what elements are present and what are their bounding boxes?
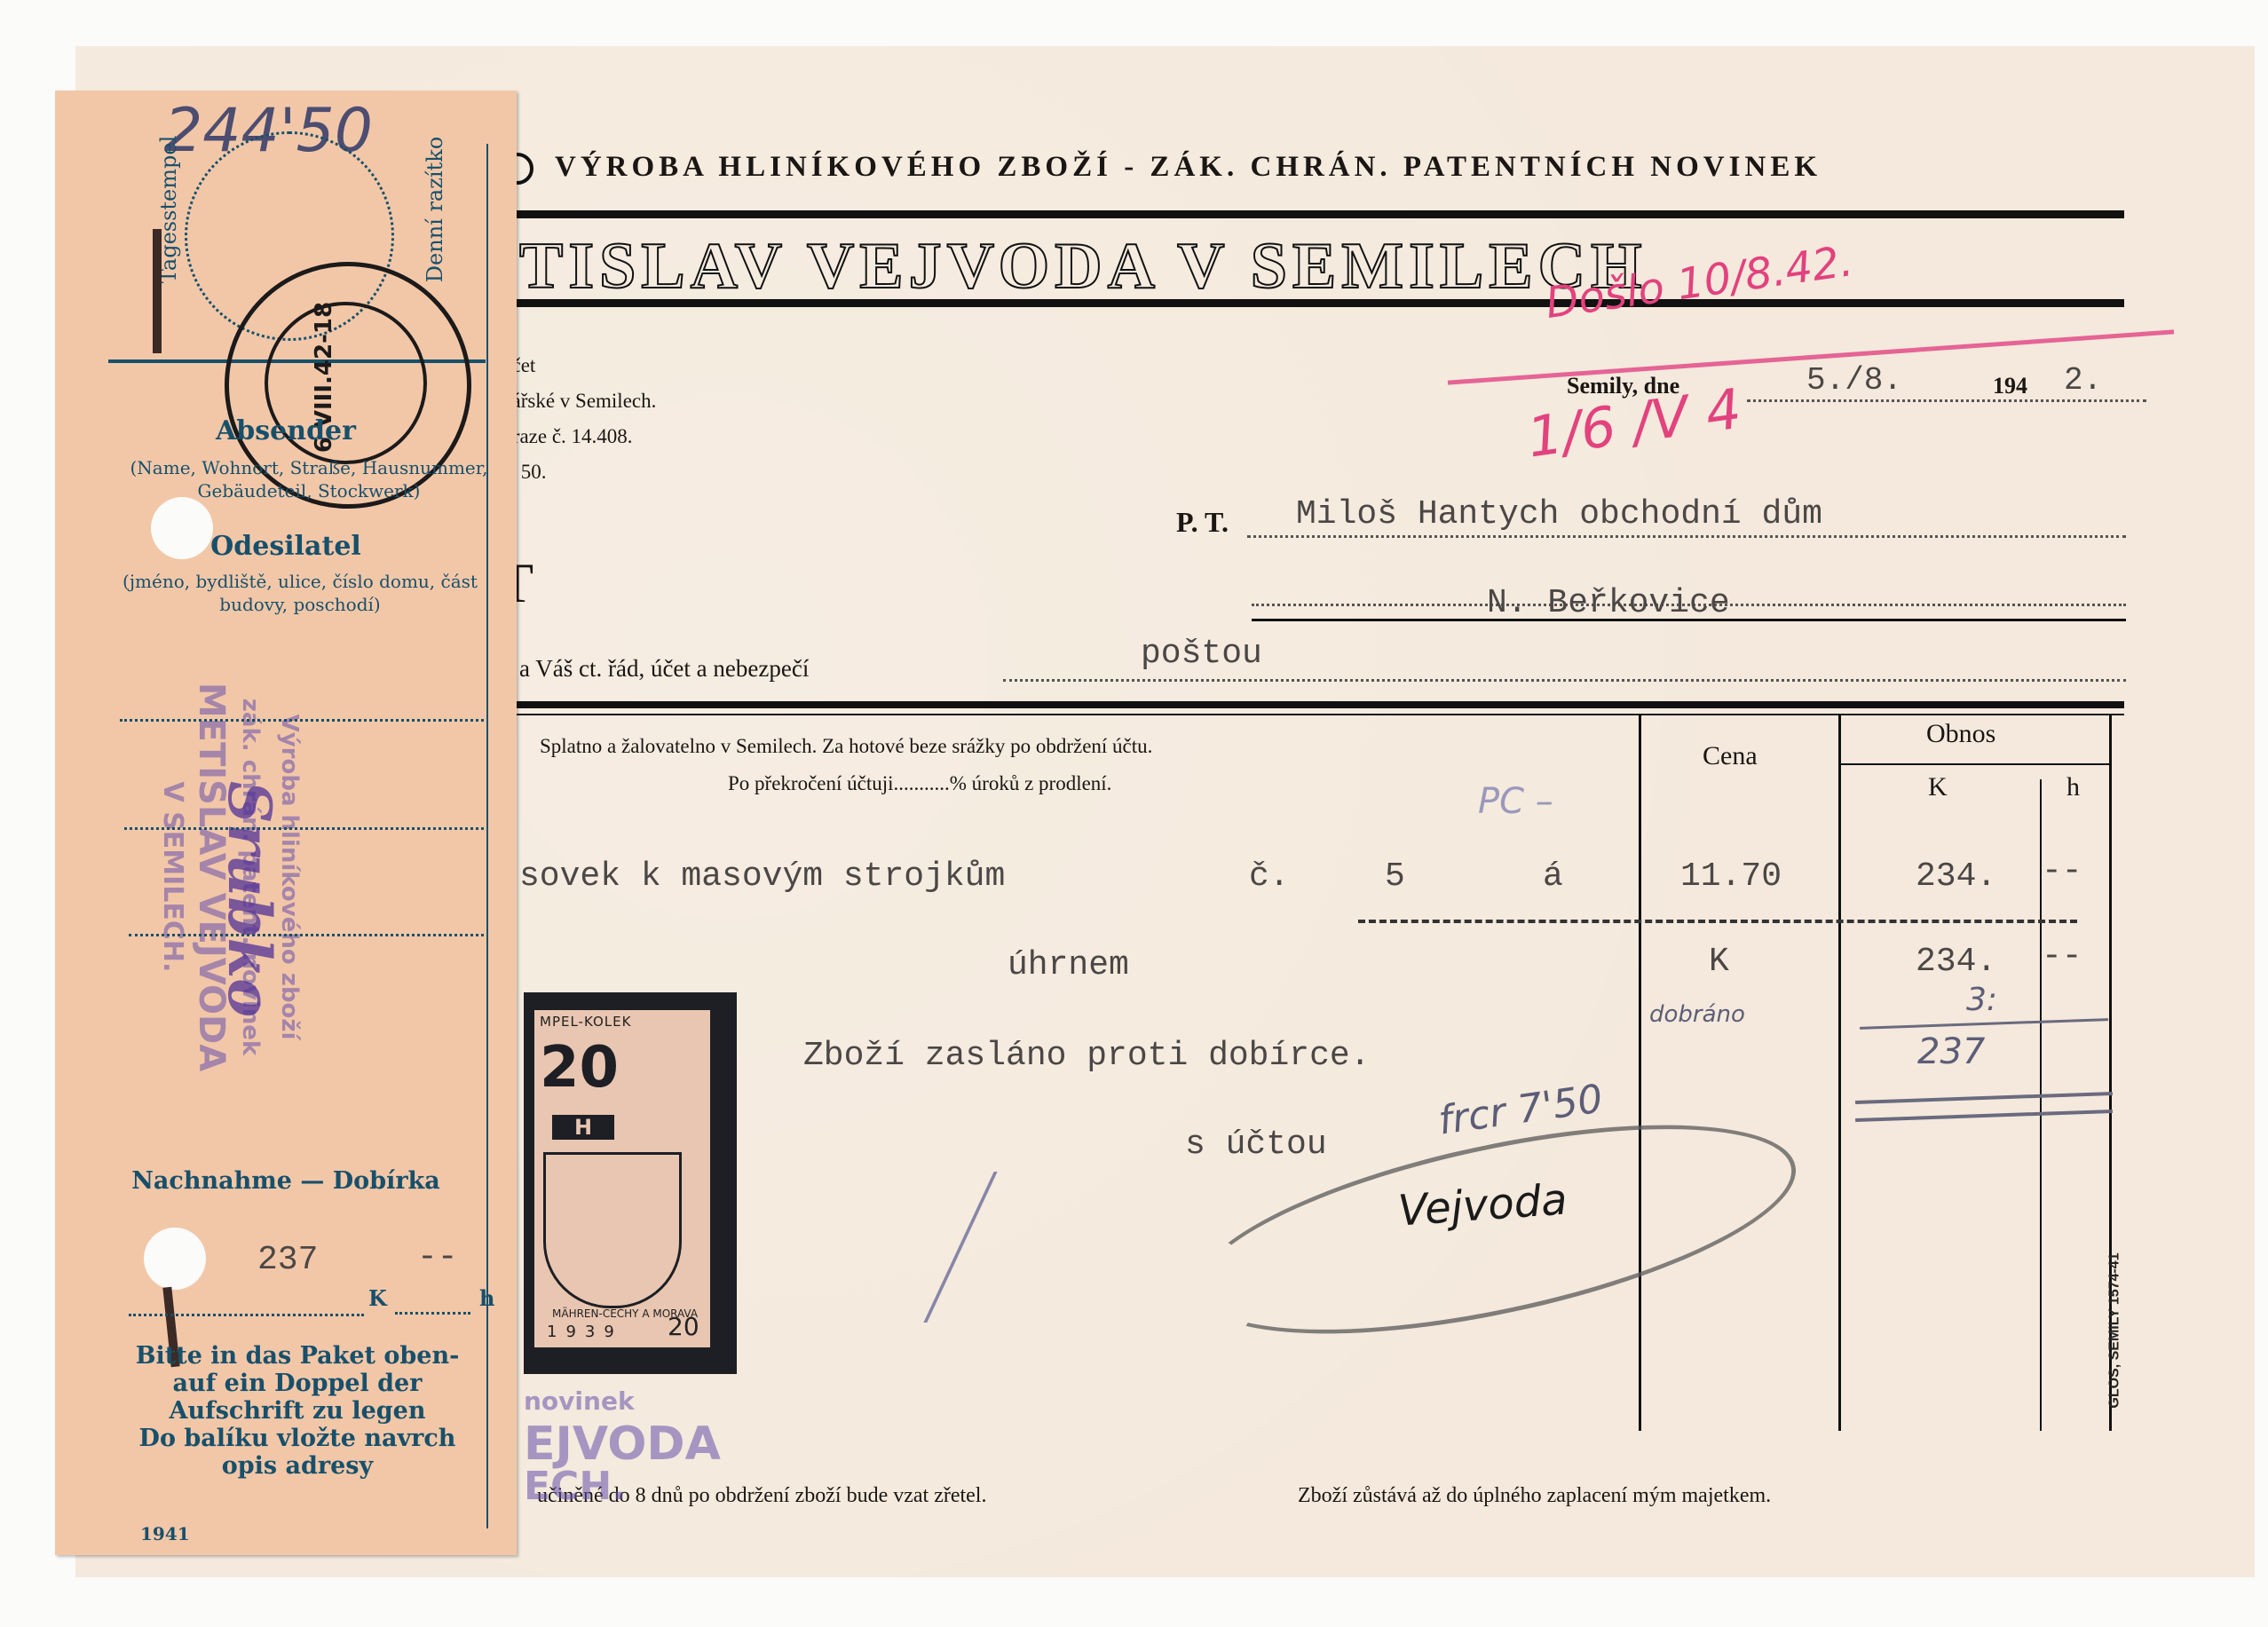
cod-fee-label: dobráno bbox=[1649, 1001, 1745, 1028]
sender-de-label: Absender bbox=[55, 415, 517, 446]
bank-info-line: Praze č. 14.408. bbox=[502, 419, 656, 454]
revenue-stamp-unit: H bbox=[552, 1115, 614, 1140]
cod-dotted-line bbox=[395, 1312, 470, 1315]
recipient-prefix: P. T. bbox=[1176, 506, 1229, 539]
footer-ownership: Zboží zůstává až do úplného zaplacení mý… bbox=[1298, 1484, 1771, 1508]
total-amount-k: 234. bbox=[1916, 943, 1996, 981]
tag-instructions: Bitte in das Paket oben- auf ein Doppel … bbox=[89, 1342, 506, 1480]
revenue-stamp-corner-value: 20 bbox=[668, 1312, 699, 1341]
bank-info-line: č. 50. bbox=[502, 454, 656, 490]
date-dots bbox=[1747, 399, 2146, 402]
revenue-stamp-year: 1939 bbox=[547, 1323, 623, 1341]
revenue-stamp-header: MPEL-KOLEK bbox=[540, 1014, 631, 1030]
address-line bbox=[124, 827, 484, 830]
instruction-line: opis adresy bbox=[89, 1452, 506, 1480]
subtotal-dash-rule bbox=[1358, 920, 2077, 923]
violet-stamp-line: novinek bbox=[524, 1380, 721, 1423]
terms-line-2: Po překročení účtuji...........% úroků z… bbox=[728, 772, 1111, 795]
item-quantity: 5 bbox=[1385, 857, 1405, 896]
item-amount-k: 234. bbox=[1916, 857, 1996, 896]
with-account-note: s účtou bbox=[1185, 1125, 1327, 1164]
cod-amount-h: -- bbox=[417, 1238, 458, 1276]
cod-note: Zboží zasláno proti dobírce. bbox=[803, 1037, 1371, 1075]
table-top-rule bbox=[513, 701, 2124, 708]
violet-stamp-line: V SEMILECH. bbox=[153, 628, 192, 1125]
company-name: TISLAV VEJVODA V SEMILECH bbox=[519, 229, 1648, 304]
signature-stamp: Srubko bbox=[215, 781, 284, 1017]
bank-info-line: účet bbox=[502, 348, 656, 383]
shipping-label: a Váš ct. řád, účet a nebezpečí bbox=[519, 655, 809, 683]
header-price: Cena bbox=[1703, 741, 1758, 771]
letterhead-tagline: VÝROBA HLINÍKOVÉHO ZBOŽÍ - ZÁK. CHRÁN. P… bbox=[555, 151, 1822, 184]
instruction-line: Bitte in das Paket oben- bbox=[89, 1342, 506, 1370]
header-crowns: K bbox=[1928, 772, 1948, 802]
item-no-label: č. bbox=[1249, 857, 1290, 896]
printer-mark: GLOS, SEMILY 1574-41 bbox=[2107, 1252, 2123, 1408]
table-col-divider bbox=[1838, 715, 1841, 1431]
tag-hole-bottom bbox=[144, 1228, 206, 1290]
date-year-prefix: 194 bbox=[1993, 373, 2027, 399]
letterhead-rule-bottom bbox=[513, 299, 2124, 307]
shipping-dots bbox=[1003, 679, 2126, 682]
total-amount-h: -- bbox=[2042, 937, 2082, 975]
violet-stamp-line: EJVODA bbox=[524, 1423, 721, 1465]
item-description: sovek k masovým strojkům bbox=[519, 857, 1005, 896]
address-line bbox=[120, 719, 484, 722]
table-top-rule-thin bbox=[513, 714, 2124, 715]
total-label: úhrnem bbox=[1008, 946, 1129, 984]
violet-stamp-line: ECH. bbox=[524, 1465, 721, 1508]
violet-stamp-fragment: novinek EJVODA ECH. bbox=[524, 1380, 721, 1508]
sender-cz-label: Odesilatel bbox=[55, 531, 517, 562]
cod-dotted-line bbox=[129, 1314, 364, 1316]
letterhead-rule-top bbox=[513, 210, 2124, 218]
instruction-line: Do balíku vložte navrch bbox=[89, 1425, 506, 1452]
revenue-stamp: MPEL-KOLEK 20 H MÄHREN-ČECHY A MORAVA 19… bbox=[524, 992, 737, 1374]
sender-de-hint: (Name, Wohnort, Straße, Hausnummer, Gebä… bbox=[114, 456, 504, 502]
shipping-method: poštou bbox=[1141, 635, 1262, 673]
item-amount-h: -- bbox=[2042, 852, 2082, 890]
instruction-line: auf ein Doppel der bbox=[89, 1370, 506, 1397]
header-hellers: h bbox=[2066, 772, 2080, 802]
cod-amount-k: 237 bbox=[257, 1241, 318, 1279]
pc-note: PC – bbox=[1478, 781, 1553, 822]
header-amount: Obnos bbox=[1926, 719, 1995, 749]
bank-info: účet dářské v Semilech. Praze č. 14.408.… bbox=[502, 348, 656, 490]
item-unit-price: 11.70 bbox=[1680, 857, 1782, 896]
terms-line-1: Splatno a žalovatelno v Semilech. Za hot… bbox=[540, 735, 1152, 758]
tag-year: 1941 bbox=[140, 1523, 190, 1544]
tag-pin-mark bbox=[153, 229, 162, 353]
cod-label-k: K bbox=[368, 1285, 387, 1311]
lion-crest-icon bbox=[543, 1152, 682, 1308]
obnos-divider bbox=[1840, 763, 2109, 765]
revenue-stamp-face: MPEL-KOLEK 20 H MÄHREN-ČECHY A MORAVA 19… bbox=[534, 1010, 710, 1347]
table-col-divider bbox=[1639, 715, 1641, 1431]
item-rate-label: á bbox=[1543, 857, 1563, 896]
recipient-name: Miloš Hantych obchodní dům bbox=[1296, 495, 1822, 533]
address-line bbox=[129, 934, 484, 936]
date-day-month: 5./8. bbox=[1806, 362, 1902, 399]
total-currency: K bbox=[1709, 943, 1729, 981]
revenue-stamp-value: 20 bbox=[540, 1035, 619, 1101]
grand-total: 237 bbox=[1917, 1031, 1985, 1072]
cod-title: Nachnahme — Dobírka bbox=[55, 1167, 517, 1195]
recipient-name-dots bbox=[1247, 535, 2126, 538]
tag-right-border bbox=[486, 144, 488, 1528]
bank-info-line: dářské v Semilech. bbox=[502, 383, 656, 419]
cod-label-h: h bbox=[479, 1285, 494, 1311]
cod-fee-amount: 3: bbox=[1966, 982, 1997, 1018]
recipient-city: N. Beřkovice bbox=[1487, 584, 1730, 622]
sender-cz-hint: (jméno, bydliště, ulice, číslo domu, čás… bbox=[105, 570, 495, 616]
instruction-line: Aufschrift zu legen bbox=[89, 1397, 506, 1425]
date-year-suffix: 2. bbox=[2064, 362, 2102, 399]
